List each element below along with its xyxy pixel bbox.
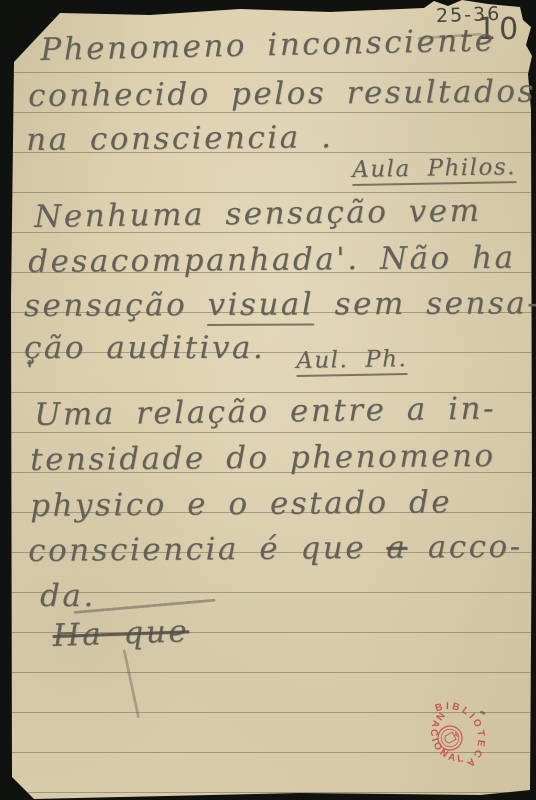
manuscript-line: Aula Philos. xyxy=(352,154,516,183)
manuscript-text: Nenhuma sensação vem xyxy=(34,193,482,235)
manuscript-text: ção auditiva. xyxy=(24,330,265,366)
pencil-stroke xyxy=(123,649,140,718)
manuscript-line: na consciencia . xyxy=(26,119,334,158)
handwriting-layer: 25-36 10 Phenomeno inconscienteconhecido… xyxy=(0,0,536,800)
manuscript-text: da. xyxy=(40,578,96,614)
manuscript-line: desacompanhada'. Não ha xyxy=(28,240,516,280)
manuscript-line: tensidade do phenomeno xyxy=(30,438,496,478)
manuscript-line: conhecido pelos resultados xyxy=(28,74,536,114)
manuscript-text: Aul. Ph. xyxy=(296,346,408,377)
manuscript-text: sensação xyxy=(24,287,208,324)
manuscript-text: tensidade do phenomeno xyxy=(30,438,496,478)
manuscript-line: Uma relação entre a in- xyxy=(34,391,496,433)
scanned-page-background: { "colors": { "pencil": "#63615a", "pape… xyxy=(0,0,536,800)
manuscript-line: consciencia é que a acco- xyxy=(28,529,523,569)
manuscript-line: physico e o estado de xyxy=(30,484,452,524)
manuscript-text: visual xyxy=(207,286,314,326)
manuscript-line: da. xyxy=(40,578,96,614)
manuscript-line: sensação visual sem sensa- xyxy=(24,285,536,324)
manuscript-text: sem sensa- xyxy=(314,285,536,322)
manuscript-line: Phenomeno inconsciente xyxy=(40,22,496,68)
manuscript-line: ' xyxy=(26,356,36,386)
manuscript-text: Aula Philos. xyxy=(352,154,516,186)
manuscript-text: Ha que xyxy=(52,613,190,654)
manuscript-text: conhecido pelos resultados xyxy=(28,74,536,114)
manuscript-line: Aul. Ph. xyxy=(296,346,407,374)
manuscript-text: consciencia é que xyxy=(28,530,387,569)
manuscript-text: ' xyxy=(26,356,36,386)
manuscript-text: Uma relação entre a in- xyxy=(34,391,496,433)
manuscript-text: na consciencia . xyxy=(26,119,334,158)
manuscript-text: Phenomeno inconsciente xyxy=(40,22,496,68)
manuscript-line: ção auditiva. xyxy=(24,330,265,366)
manuscript-line: Nenhuma sensação vem xyxy=(34,193,482,235)
manuscript-text: a xyxy=(386,530,407,566)
manuscript-text: physico e o estado de xyxy=(30,484,452,524)
manuscript-text: acco- xyxy=(407,529,523,566)
manuscript-text: desacompanhada'. Não ha xyxy=(28,240,516,280)
stamp-text-bottom: NACIONAL xyxy=(417,707,471,775)
manuscript-line: Ha que xyxy=(52,613,190,654)
